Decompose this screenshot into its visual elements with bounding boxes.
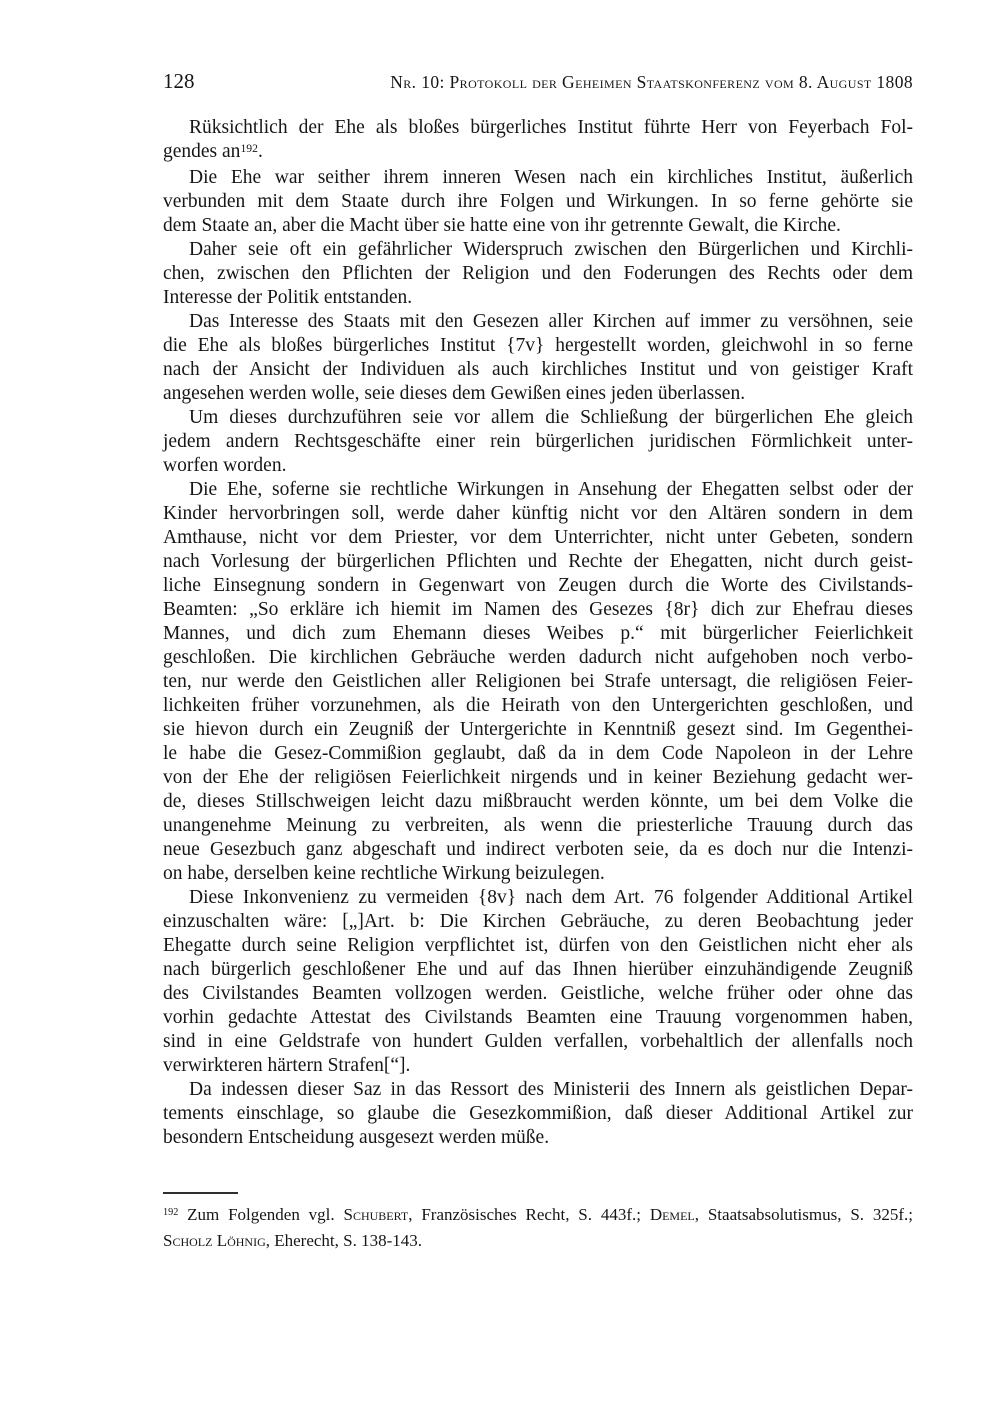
text-line: gendes an192.	[163, 140, 913, 166]
footnote-reference: 192	[163, 1207, 178, 1218]
footnote: 192 Zum Folgenden vgl. Schubert, Französ…	[163, 1203, 913, 1252]
text-line: sind in eine Geldstrafe von hundert Guld…	[163, 1030, 913, 1054]
text-line: die Ehe als bloßes bürgerliches Institut…	[163, 334, 913, 358]
text-line: worfen worden.	[163, 454, 913, 478]
text-line: on habe, derselben keine rechtliche Wirk…	[163, 862, 913, 886]
text-line: unangenehme Meinung zu verbreiten, als w…	[163, 814, 913, 838]
text-line: einzuschalten wäre: [„]Art. b: Die Kirch…	[163, 910, 913, 934]
text-line: le habe die Gesez-Commißion geglaubt, da…	[163, 742, 913, 766]
text-line: besondern Entscheidung ausgesezt werden …	[163, 1126, 913, 1150]
text-line: Um dieses durchzuführen seie vor allem d…	[163, 406, 913, 430]
text-line: Da indessen dieser Saz in das Ressort de…	[163, 1078, 913, 1102]
text-line: nach bürgerlich geschloßener Ehe und auf…	[163, 958, 913, 982]
text-line: Rüksichtlich der Ehe als bloßes bürgerli…	[163, 116, 913, 140]
text-line: angesehen werden wolle, seie dieses dem …	[163, 382, 913, 406]
page-header: 128 Nr. 10: Protokoll der Geheimen Staat…	[163, 69, 913, 94]
text-line: Ehegatte durch seine Religion verpflicht…	[163, 934, 913, 958]
text-line: ten, nur werde den Geistlichen aller Rel…	[163, 670, 913, 694]
text-line: nach der Ansicht der Individuen als auch…	[163, 358, 913, 382]
footnote-line: 192 Zum Folgenden vgl. Schubert, Französ…	[163, 1203, 913, 1229]
text-line: Beamten: „So erkläre ich hiemit im Namen…	[163, 598, 913, 622]
footnote-line: Scholz Löhnig, Eherecht, S. 138-143.	[163, 1229, 913, 1252]
text-line: verwirkteren härtern Strafen[“].	[163, 1054, 913, 1078]
paragraph: Um dieses durchzuführen seie vor allem d…	[163, 406, 913, 478]
footnote-rule	[163, 1192, 238, 1194]
running-title: Nr. 10: Protokoll der Geheimen Staatskon…	[390, 72, 913, 93]
text-line: Daher seie oft ein gefährlicher Widerspr…	[163, 238, 913, 262]
paragraph: Rüksichtlich der Ehe als bloßes bürgerli…	[163, 116, 913, 166]
text-line: jedem andern Rechtsgeschäfte einer rein …	[163, 430, 913, 454]
text-line: lichkeiten früher vorzunehmen, als die H…	[163, 694, 913, 718]
text-line: liche Einsegnung sondern in Gegenwart vo…	[163, 574, 913, 598]
text-line: vorhin gedachte Attestat des Civilstands…	[163, 1006, 913, 1030]
text-line: neue Gesezbuch ganz abgeschaft und indir…	[163, 838, 913, 862]
text-line: Die Ehe war seither ihrem inneren Wesen …	[163, 166, 913, 190]
small-caps-name: Schubert	[344, 1205, 409, 1224]
paragraph: Die Ehe war seither ihrem inneren Wesen …	[163, 166, 913, 238]
text-line: tements einschlage, so glaube die Gesezk…	[163, 1102, 913, 1126]
text-line: sie hievon durch ein Zeugniß der Unterge…	[163, 718, 913, 742]
text-line: Diese Inkonvenienz zu vermeiden {8v} nac…	[163, 886, 913, 910]
text-line: Das Interesse des Staats mit den Gesezen…	[163, 310, 913, 334]
text-line: Mannes, und dich zum Ehemann dieses Weib…	[163, 622, 913, 646]
text-line: chen, zwischen den Pflichten der Religio…	[163, 262, 913, 286]
text-line: Kinder hervorbringen soll, werde daher k…	[163, 502, 913, 526]
text-line: verbunden mit dem Staate durch ihre Folg…	[163, 190, 913, 214]
text-line: dem Staate an, aber die Macht über sie h…	[163, 214, 913, 238]
text-line: von der Ehe der religiösen Feierlichkeit…	[163, 766, 913, 790]
text-line: de, dieses Stillschweigen leicht dazu mi…	[163, 790, 913, 814]
paragraph: Daher seie oft ein gefährlicher Widerspr…	[163, 238, 913, 310]
text-line: Amthause, nicht vor dem Priester, vor de…	[163, 526, 913, 550]
page-number: 128	[163, 69, 195, 94]
footnote-reference: 192	[240, 142, 258, 155]
text-block: Rüksichtlich der Ehe als bloßes bürgerli…	[163, 116, 913, 1150]
paragraph: Diese Inkonvenienz zu vermeiden {8v} nac…	[163, 886, 913, 1078]
book-page: 128 Nr. 10: Protokoll der Geheimen Staat…	[0, 0, 1004, 1418]
text-line: Interesse der Politik entstanden.	[163, 286, 913, 310]
small-caps-name: Scholz Löhnig	[163, 1231, 266, 1250]
footnote-section: 192 Zum Folgenden vgl. Schubert, Französ…	[163, 1192, 913, 1252]
small-caps-name: Demel	[650, 1205, 695, 1224]
paragraph: Da indessen dieser Saz in das Ressort de…	[163, 1078, 913, 1150]
text-line: des Civilstandes Beamten vollzogen werde…	[163, 982, 913, 1006]
text-line: Die Ehe, soferne sie rechtliche Wirkunge…	[163, 478, 913, 502]
paragraph: Die Ehe, soferne sie rechtliche Wirkunge…	[163, 478, 913, 886]
paragraph: Das Interesse des Staats mit den Gesezen…	[163, 310, 913, 406]
text-line: geschloßen. Die kirchlichen Gebräuche we…	[163, 646, 913, 670]
text-line: nach Vorlesung der bürgerlichen Pflichte…	[163, 550, 913, 574]
